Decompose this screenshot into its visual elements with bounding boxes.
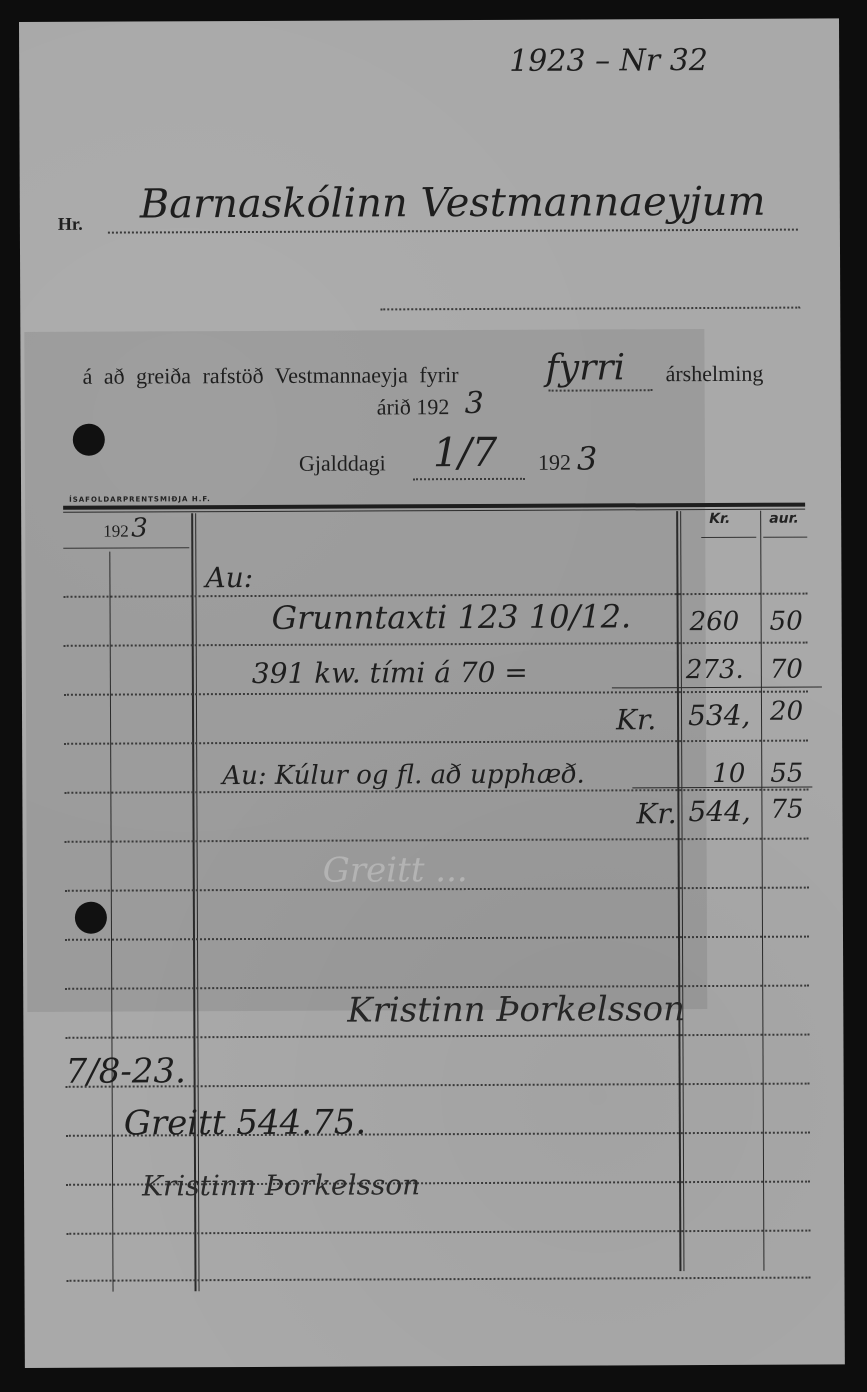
row-3-label: Kr. — [616, 703, 656, 736]
obligation-text: á að greiða rafstöð Vestmannaeyja fyrir — [82, 362, 458, 390]
row-1-aur: 50 — [770, 607, 803, 637]
row-4-aur: 55 — [770, 759, 803, 789]
row-5-kr: 544, — [688, 795, 750, 828]
table-year-digit: 3 — [131, 513, 148, 543]
signature: Kristinn Þorkelsson — [347, 989, 685, 1030]
punch-hole-top — [73, 424, 105, 456]
year-label: árið 192 — [377, 394, 450, 420]
payment-paid: Greitt 544.75. — [124, 1102, 367, 1143]
aur-header-rule — [763, 537, 807, 538]
recipient-line — [108, 229, 798, 234]
row-5-aur: 75 — [770, 795, 803, 825]
due-year-prefix: 192 — [538, 450, 571, 476]
recipient-prefix: Hr. — [58, 214, 83, 235]
row-2-kr: 273. — [686, 655, 744, 685]
obligation-suffix: árshelming — [665, 361, 763, 387]
year-digit: 3 — [465, 386, 484, 421]
kr-header-rule — [701, 537, 756, 538]
due-date-value: 1/7 — [433, 430, 498, 476]
col-aur-header: aur. — [769, 511, 799, 527]
row-3-kr: 534, — [688, 699, 750, 732]
due-date-label: Gjalddagi — [299, 450, 386, 476]
row-4-description: Au: Kúlur og fl. að upphæð. — [222, 760, 585, 792]
rule-line — [66, 1230, 810, 1235]
table-year-prefix: 192 — [103, 522, 129, 542]
row-5-label: Kr. — [636, 797, 676, 830]
invoice-paper: 1923 – Nr 32 Hr. Barnaskólinn Vestmannae… — [19, 18, 845, 1368]
table-intro: Au: — [205, 561, 253, 594]
row-3-aur: 20 — [770, 697, 803, 727]
rule-line — [65, 1034, 809, 1039]
recipient-line-2 — [380, 307, 800, 311]
punch-hole-bottom — [75, 902, 107, 934]
row-4-kr: 10 — [712, 759, 745, 789]
recipient-name: Barnaskólinn Vestmannaeyjum — [140, 179, 766, 228]
payment-date: 7/8-23. — [65, 1051, 185, 1092]
col-line-4 — [760, 511, 764, 1271]
row-2-description: 391 kw. tími á 70 = — [252, 656, 528, 690]
document-number: 1923 – Nr 32 — [509, 43, 708, 79]
col-kr-header: Kr. — [709, 511, 730, 527]
row-2-aur: 70 — [770, 655, 803, 685]
due-year-digit: 3 — [577, 439, 598, 477]
row-1-kr: 260 — [690, 607, 740, 637]
faint-offset-ink: Greitt ... — [323, 850, 468, 891]
printer-imprint: ÍSAFOLDARPRENTSMIÐJA H.F. — [69, 495, 211, 504]
row-1-description: Grunntaxti 123 10/12. — [272, 597, 632, 637]
rule-line — [66, 1277, 810, 1282]
payment-signature: Kristinn Þorkelsson — [142, 1168, 420, 1202]
period-handwritten: fyrri — [545, 347, 625, 388]
subtotal-rule — [612, 687, 822, 689]
